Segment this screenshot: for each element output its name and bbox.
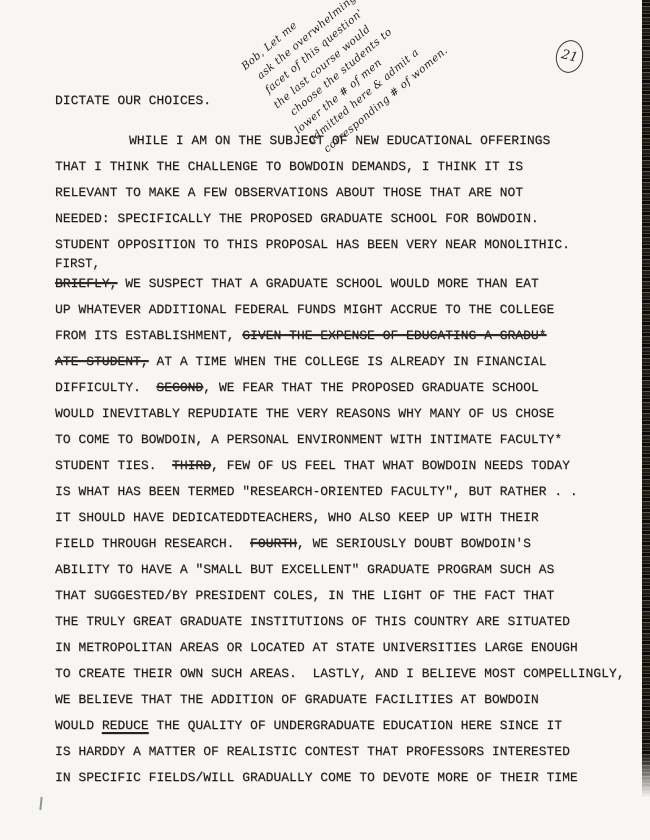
- typed-text: , WE SERIOUSLY DOUBT BOWDOIN'S: [297, 536, 531, 551]
- typed-line: IS WHAT HAS BEEN TERMED "RESEARCH-ORIENT…: [55, 479, 640, 505]
- typed-line: IN METROPOLITAN AREAS OR LOCATED AT STAT…: [55, 635, 640, 661]
- typed-line: IS HARDDY A MATTER OF REALISTIC CONTEST …: [55, 739, 640, 765]
- typed-text: THAT I THINK THE CHALLENGE TO BOWDOIN DE…: [55, 159, 523, 174]
- struck-text: THIRD: [172, 458, 211, 473]
- typed-text: IN SPECIFIC FIELDS/WILL GRADUALLY COME T…: [55, 770, 578, 785]
- typed-text: WHILE I AM ON THE SUBJECT OF NEW EDUCATI…: [129, 133, 550, 148]
- typed-text: UP WHATEVER ADDITIONAL FEDERAL FUNDS MIG…: [55, 302, 554, 317]
- typed-line: STUDENT TIES. THIRD, FEW OF US FEEL THAT…: [55, 453, 640, 479]
- typed-text: WOULD INEVITABLY REPUDIATE THE VERY REAS…: [55, 406, 554, 421]
- struck-text: BRIEFLY,: [55, 276, 117, 291]
- typed-text: ABILITY TO HAVE A "SMALL BUT EXCELLENT" …: [55, 562, 554, 577]
- typed-line: STUDENT OPPOSITION TO THIS PROPOSAL HAS …: [55, 232, 640, 258]
- struck-text: SECOND: [156, 380, 203, 395]
- typed-line: DICTATE OUR CHOICES.: [55, 88, 640, 114]
- typed-line: FROM ITS ESTABLISHMENT, GIVEN THE EXPENS…: [55, 323, 640, 349]
- scan-edge-band: [642, 0, 650, 798]
- underlined-text: REDUCE: [102, 718, 149, 733]
- typed-line: WOULD INEVITABLY REPUDIATE THE VERY REAS…: [55, 401, 640, 427]
- typed-text: RELEVANT TO MAKE A FEW OBSERVATIONS ABOU…: [55, 185, 523, 200]
- typed-line: IT SHOULD HAVE DEDICATEDDTEACHERS, WHO A…: [55, 505, 640, 531]
- typed-text: , FEW OF US FEEL THAT WHAT BOWDOIN NEEDS…: [211, 458, 570, 473]
- typed-text: IN METROPOLITAN AREAS OR LOCATED AT STAT…: [55, 640, 578, 655]
- typed-line: ATE STUDENT, AT A TIME WHEN THE COLLEGE …: [55, 349, 640, 375]
- page-number: 21: [560, 47, 580, 66]
- typed-text: FIELD THROUGH RESEARCH.: [55, 536, 250, 551]
- typed-line: FIRST,: [55, 258, 640, 271]
- typed-line: NEEDED: SPECIFICALLY THE PROPOSED GRADUA…: [55, 206, 640, 232]
- struck-text: ATE STUDENT,: [55, 354, 149, 369]
- typed-text: AT A TIME WHEN THE COLLEGE IS ALREADY IN…: [149, 354, 547, 369]
- struck-text: GIVEN THE EXPENSE OF EDUCATING A GRADU*: [242, 328, 546, 343]
- typed-line: THE TRULY GREAT GRADUATE INSTITUTIONS OF…: [55, 609, 640, 635]
- typed-line: THAT I THINK THE CHALLENGE TO BOWDOIN DE…: [55, 154, 640, 180]
- typed-line: BRIEFLY, WE SUSPECT THAT A GRADUATE SCHO…: [55, 271, 640, 297]
- typed-text: WOULD: [55, 718, 102, 733]
- typed-text: DIFFICULTY.: [55, 380, 156, 395]
- typed-line: TO CREATE THEIR OWN SUCH AREAS. LASTLY, …: [55, 661, 640, 687]
- typescript-body: DICTATE OUR CHOICES.WHILE I AM ON THE SU…: [55, 88, 640, 791]
- typed-text: FROM ITS ESTABLISHMENT,: [55, 328, 242, 343]
- typed-line: WOULD REDUCE THE QUALITY OF UNDERGRADUAT…: [55, 713, 640, 739]
- typed-text: IT SHOULD HAVE DEDICATEDDTEACHERS, WHO A…: [55, 510, 539, 525]
- typed-line: DIFFICULTY. SECOND, WE FEAR THAT THE PRO…: [55, 375, 640, 401]
- typed-text: THE TRULY GREAT GRADUATE INSTITUTIONS OF…: [55, 614, 570, 629]
- typed-text: STUDENT TIES.: [55, 458, 172, 473]
- typed-line: IN SPECIFIC FIELDS/WILL GRADUALLY COME T…: [55, 765, 640, 791]
- typed-text: THE QUALITY OF UNDERGRADUATE EDUCATION H…: [149, 718, 562, 733]
- typed-text: IS WHAT HAS BEEN TERMED "RESEARCH-ORIENT…: [55, 484, 578, 499]
- typed-text: TO COME TO BOWDOIN, A PERSONAL ENVIRONME…: [55, 432, 562, 447]
- typed-text: NEEDED: SPECIFICALLY THE PROPOSED GRADUA…: [55, 211, 539, 226]
- typed-line: FIELD THROUGH RESEARCH. FOURTH, WE SERIO…: [55, 531, 640, 557]
- typed-text: TO CREATE THEIR OWN SUCH AREAS. LASTLY, …: [55, 666, 625, 681]
- typed-line: THAT SUGGESTED/BY PRESIDENT COLES, IN TH…: [55, 583, 640, 609]
- struck-text: FOURTH: [250, 536, 297, 551]
- page-number-badge: 21: [552, 37, 586, 76]
- typed-text: WE BELIEVE THAT THE ADDITION OF GRADUATE…: [55, 692, 539, 707]
- typed-line: ABILITY TO HAVE A "SMALL BUT EXCELLENT" …: [55, 557, 640, 583]
- typed-line: TO COME TO BOWDOIN, A PERSONAL ENVIRONME…: [55, 427, 640, 453]
- typed-text: , WE FEAR THAT THE PROPOSED GRADUATE SCH…: [203, 380, 538, 395]
- stray-pen-mark: [39, 797, 42, 810]
- typed-text: WE SUSPECT THAT A GRADUATE SCHOOL WOULD …: [117, 276, 538, 291]
- typed-line: WHILE I AM ON THE SUBJECT OF NEW EDUCATI…: [55, 128, 640, 154]
- typed-line: RELEVANT TO MAKE A FEW OBSERVATIONS ABOU…: [55, 180, 640, 206]
- typed-text: FIRST,: [55, 257, 100, 271]
- typed-text: THAT SUGGESTED/BY PRESIDENT COLES, IN TH…: [55, 588, 554, 603]
- typed-text: DICTATE OUR CHOICES.: [55, 93, 211, 108]
- typed-text: IS HARDDY A MATTER OF REALISTIC CONTEST …: [55, 744, 570, 759]
- typed-text: STUDENT OPPOSITION TO THIS PROPOSAL HAS …: [55, 237, 570, 252]
- typed-line: WE BELIEVE THAT THE ADDITION OF GRADUATE…: [55, 687, 640, 713]
- scanned-typescript-page: Bob, Let meask the overwhelmingfacet of …: [0, 0, 650, 840]
- typed-line: UP WHATEVER ADDITIONAL FEDERAL FUNDS MIG…: [55, 297, 640, 323]
